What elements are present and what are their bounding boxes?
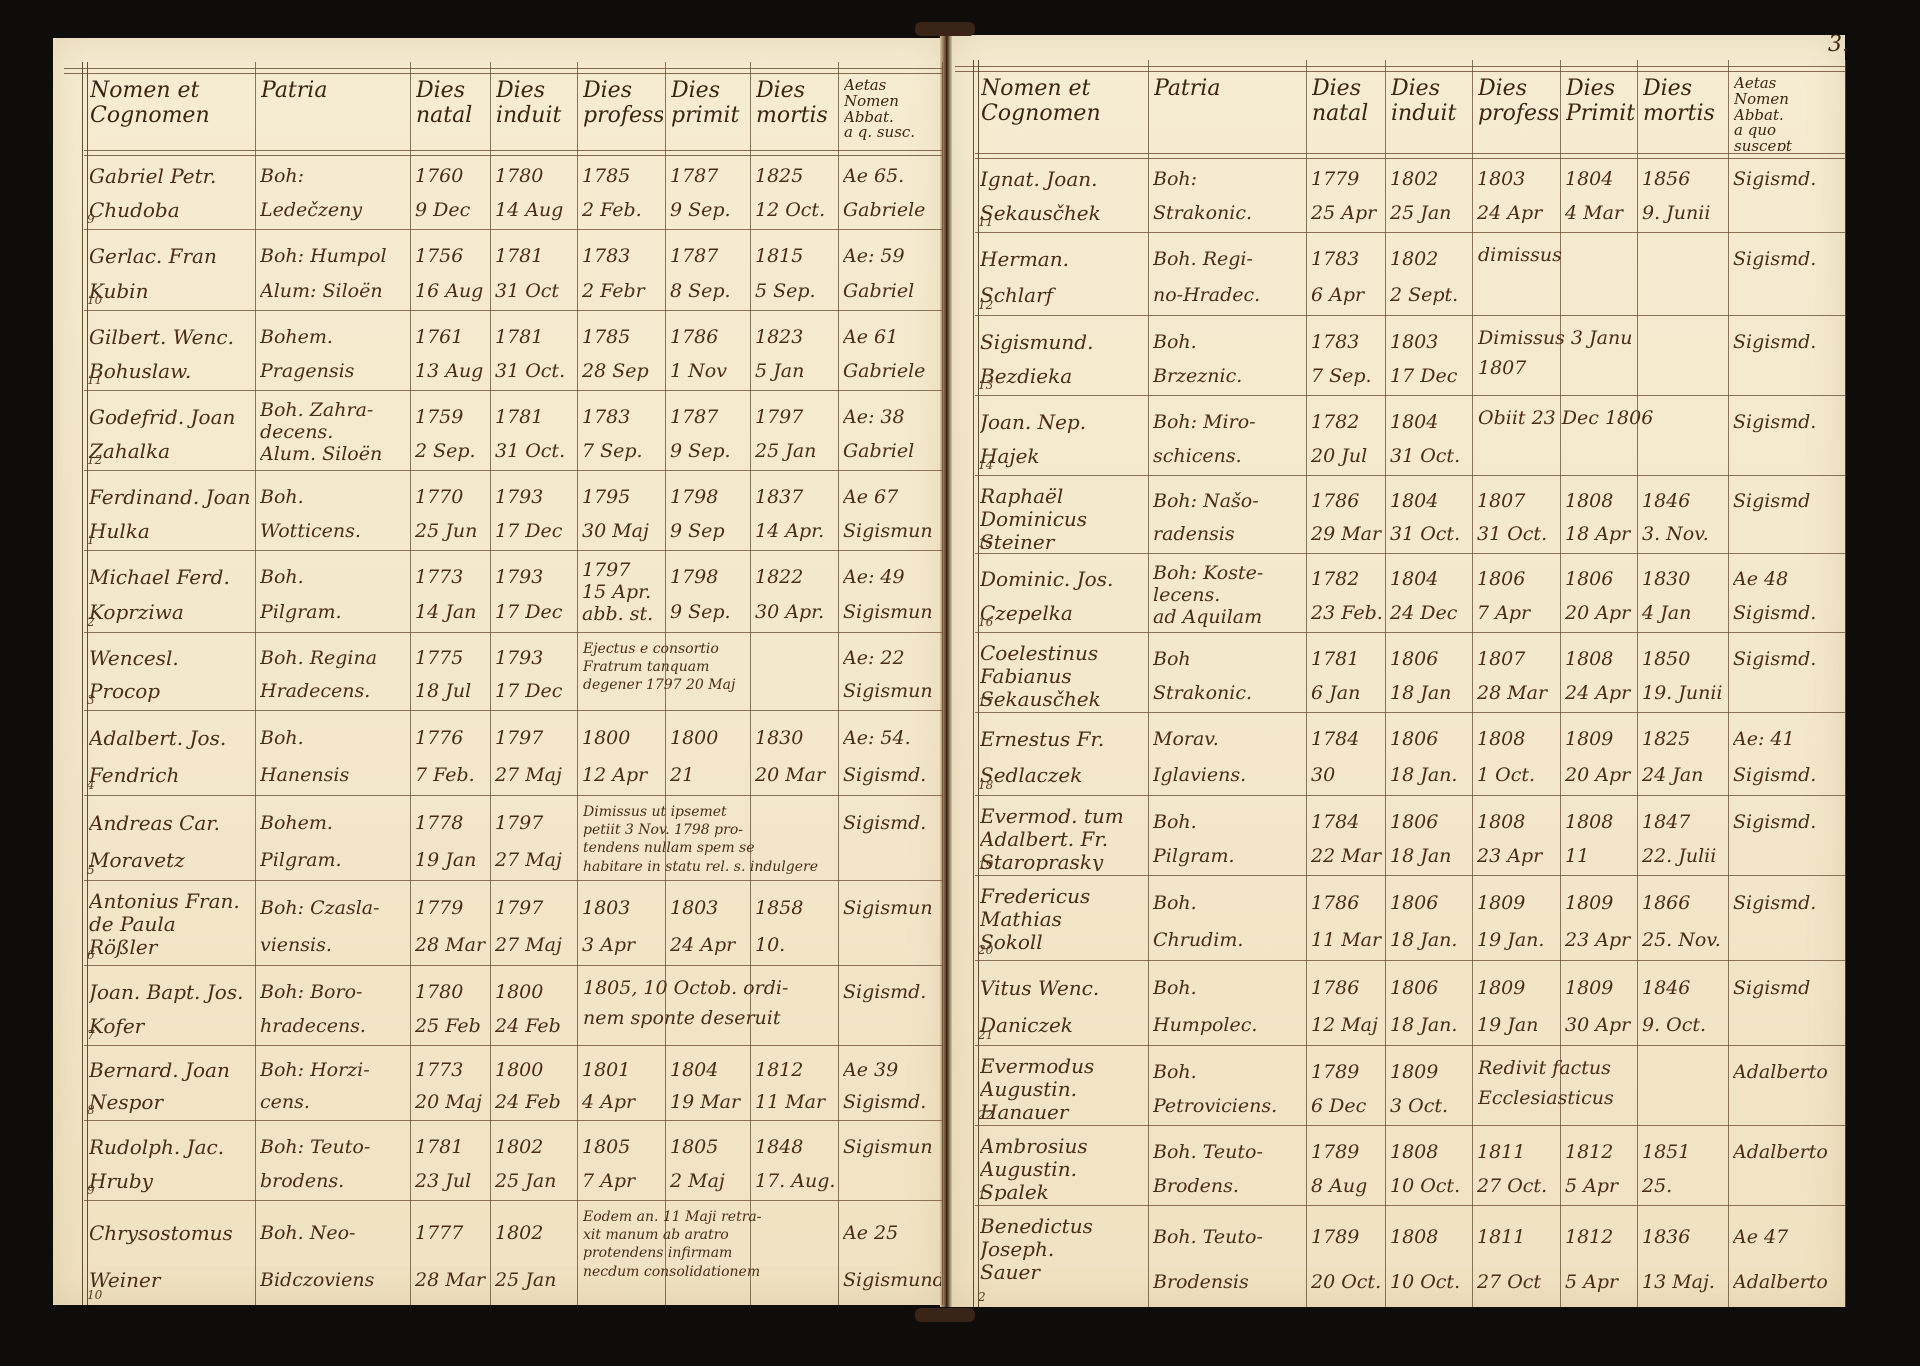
cell-mortis: 1822 30 Apr. [755,560,837,628]
cell-natal: 1786 29 Mar [1311,485,1384,549]
cell-induit: 1809 3 Oct. [1390,1055,1471,1121]
cell-induit: 1803 17 Dec [1390,325,1471,391]
cell-primit: 1808 11 Sep. [1565,805,1636,871]
cell-natal: 1783 7 Sep. [1311,325,1384,391]
cell-patria: Boh. Chrudim. [1153,885,1305,956]
cell-abbas: Ae 47 Adalberto [1733,1215,1844,1303]
margin-number: 1 [978,1188,986,1202]
cell-mortis: 1812 11 Mar [755,1055,837,1116]
cell-nomen: Coelestinus Fabianus Sekausčhek [980,642,1147,708]
margin-number: 8 [87,1103,95,1117]
cell-profess: 1803 3 Apr [582,890,664,961]
cell-nomen: Ernestus Fr. Sedlaczek [980,722,1147,791]
column-rule [82,62,88,1305]
cell-induit: 1800 24 Feb [495,1055,576,1116]
column-rule [577,62,578,1305]
cell-patria: Boh: Ledečzeny Al. Sitoëns. [260,160,409,225]
cell-mortis: 1837 14 Apr. [755,480,837,546]
cell-patria: Boh: Našo- radensis [1153,485,1305,549]
cell-primit: 1787 8 Sep. [670,239,749,306]
cell-induit: 1806 18 Jan. [1390,722,1471,791]
cell-nomen: Ferdinand. Joan Hulka [89,480,254,546]
column-rule [1728,60,1729,1307]
cell-nomen: Gabriel Petr. Chudoba [89,160,254,225]
cell-natal: 1786 12 Maj [1311,970,1384,1041]
cell-primit: 1787 9 Sep. [670,160,749,225]
row-rule [84,1120,942,1121]
cell-profess: 1783 7 Sep. [582,400,664,466]
column-header-abbas: Aetas Nomen Abbat. a q. susc. [844,78,940,148]
cell-abbas: Ae: 38 Gabriel [843,400,941,466]
cell-profess: 1803 24 Apr [1477,163,1559,228]
cell-primit: 1805 2 Maj [670,1130,749,1196]
cell-natal: 1784 22 Mar [1311,805,1384,871]
row-rule [84,310,942,311]
cell-remark-note: Obiit 23 Dec 1806 [1478,403,1724,473]
cell-abbas: Sigismd. [1733,805,1844,871]
margin-number: 12 [978,298,993,312]
column-header-primit: Dies Primit [1566,76,1635,151]
row-rule [975,475,1845,476]
cell-nomen: Godefrid. Joan Zahalka [89,400,254,466]
cell-patria: Boh. Regina Hradecens. [260,642,409,706]
cell-nomen: Evermod. tum Adalbert. Fr. Staroprasky [980,805,1147,871]
cell-abbas: Sigismd [1733,485,1844,549]
cell-nomen: Rudolph. Jac. Hruby [89,1130,254,1196]
row-rule [84,1045,942,1046]
margin-number: 5 [87,863,95,877]
cell-primit: 1800 21 Sept. [670,720,749,791]
row-rule [975,553,1845,554]
margin-number: 12 [87,453,102,467]
cell-patria: Bohem. Pilgram. [260,805,409,876]
cell-induit: 1780 14 Aug [495,160,576,225]
cell-mortis: 1825 24 Jan [1642,722,1727,791]
column-header-profess: Dies profess [1478,76,1558,151]
margin-number: 13 [978,378,993,392]
cell-patria: Boh. Humpolec. [1153,970,1305,1041]
row-rule [975,795,1845,796]
cell-abbas: Sigismd. [843,975,941,1041]
row-rule [975,1045,1845,1046]
binding-thread-top [915,22,975,36]
column-header-patria: Patria [261,78,408,148]
cell-mortis: 1848 17. Aug. [755,1130,837,1196]
cell-natal: 1784 30 Sept. [1311,722,1384,791]
margin-number: 11 [978,215,993,229]
cell-natal: 1780 25 Feb [415,975,489,1041]
row-rule [84,470,942,471]
row-rule [84,632,942,633]
cell-mortis: 1830 20 Mar [755,720,837,791]
column-header-natal: Dies natal [416,78,488,148]
margin-number: 10 [87,293,102,307]
margin-number: 22 [978,1108,993,1122]
cell-nomen: Adalbert. Jos. Fendrich [89,720,254,791]
cell-nomen: Joan. Nep. Hajek [980,405,1147,471]
cell-abbas: Sigismd. [1733,325,1844,391]
column-header-primit: Dies primit [671,78,748,148]
margin-number: 9 [87,212,95,226]
cell-induit: 1806 18 Jan. [1390,885,1471,956]
row-rule [975,1125,1845,1126]
cell-profess: 1811 27 Oct [1477,1215,1559,1303]
cell-patria: Morav. Iglaviens. [1153,722,1305,791]
margin-number: 20 [978,943,993,957]
column-header-patria: Patria [1154,76,1304,151]
cell-induit: 1802 25 Jan [495,1130,576,1196]
cell-natal: 1789 20 Oct. [1311,1215,1384,1303]
cell-induit: 1781 31 Oct [495,239,576,306]
cell-induit: 1804 31 Oct. [1390,485,1471,549]
margin-number: 15 [978,536,993,550]
cell-profess: 1795 30 Maj [582,480,664,546]
row-rule [84,1200,942,1201]
cell-profess: 1800 12 Apr [582,720,664,791]
cell-profess: 1809 19 Jan. [1477,885,1559,956]
cell-abbas: Sigismd. [1733,642,1844,708]
cell-induit: 1802 2 Sept. [1390,242,1471,311]
cell-profess: 1808 23 Apr [1477,805,1559,871]
cell-profess: 1807 31 Oct. [1477,485,1559,549]
cell-induit: 1797 27 Maj [495,805,576,876]
cell-nomen: Benedictus Joseph. Sauer [980,1215,1147,1303]
row-rule [975,960,1845,961]
margin-number: 19 [978,858,993,872]
column-rule [490,62,491,1305]
cell-profess: 1806 7 Apr [1477,563,1559,628]
cell-abbas: Ae 48 Sigismd. [1733,563,1844,628]
cell-mortis: 1815 5 Sep. [755,239,837,306]
cell-patria: Boh. Zahra- decens. Alum. Siloën [260,400,409,466]
page-number: 3. [1828,32,1849,57]
cell-mortis: 1846 3. Nov. [1642,485,1727,549]
margin-number: 6 [87,948,95,962]
cell-remark-note: Ejectus e consortio Fratrum tanquam dege… [583,640,834,708]
cell-induit: 1804 31 Oct. [1390,405,1471,471]
cell-abbas: Sigismd [1733,970,1844,1041]
column-rule [255,62,256,1305]
cell-primit: 1786 1 Nov [670,320,749,386]
cell-induit: 1793 17 Dec [495,560,576,628]
cell-natal: 1789 8 Aug [1311,1135,1384,1201]
column-header-nomen: Nomen et Cognomen [90,78,253,148]
cell-induit: 1806 18 Jan [1390,805,1471,871]
cell-nomen: Fredericus Mathias Sokoll [980,885,1147,956]
cell-abbas: Sigismd. [1733,163,1844,228]
cell-primit: 1798 9 Sep [670,480,749,546]
cell-natal: 1777 28 Mar [415,1210,489,1301]
cell-natal: 1781 6 Jan [1311,642,1384,708]
cell-patria: Boh. Neo- Bidczoviens [260,1210,409,1301]
cell-nomen: Sigismund. Bezdieka [980,325,1147,391]
column-header-natal: Dies natal [1312,76,1383,151]
margin-number: 2 [87,615,95,629]
cell-mortis: 1847 22. Julii [1642,805,1727,871]
cell-abbas: Ae: 22 Sigismun [843,642,941,706]
cell-primit: 1787 9 Sep. [670,400,749,466]
cell-mortis: 1851 25. Sept. [1642,1135,1727,1201]
column-rule [838,62,839,1305]
cell-natal: 1756 16 Aug [415,239,489,306]
cell-profess: 1807 28 Mar [1477,642,1559,708]
row-rule [84,550,942,551]
cell-profess: 1785 28 Sep [582,320,664,386]
cell-primit: 1812 5 Apr [1565,1215,1636,1303]
cell-primit: 1809 23 Apr [1565,885,1636,956]
header-bottom-rule [84,150,942,156]
cell-induit: 1808 10 Oct. [1390,1135,1471,1201]
cell-natal: 1770 25 Jun [415,480,489,546]
row-rule [84,229,942,230]
cell-mortis: 1850 19. Junii [1642,642,1727,708]
margin-number: 10 [87,1288,102,1302]
cell-natal: 1773 14 Jan [415,560,489,628]
cell-mortis: 1856 9. Junii [1642,163,1727,228]
cell-primit: 1806 20 Apr [1565,563,1636,628]
column-header-profess: Dies profess [583,78,663,148]
cell-nomen: Bernard. Joan Nespor [89,1055,254,1116]
margin-number: 21 [978,1028,993,1042]
cell-induit: 1802 25 Jan [495,1210,576,1301]
column-rule [1845,60,1846,1307]
cell-nomen: Chrysostomus Weiner [89,1210,254,1301]
cell-natal: 1760 9 Dec [415,160,489,225]
cell-induit: 1808 10 Oct. [1390,1215,1471,1303]
cell-natal: 1789 6 Dec [1311,1055,1384,1121]
margin-number: 1 [87,533,95,547]
cell-abbas: Ae 39 Sigismd. [843,1055,941,1116]
cell-remark-note: Dimissus ut ipsemet petiit 3 Nov. 1798 p… [583,803,834,878]
cell-induit: 1781 31 Oct. [495,400,576,466]
cell-induit: 1797 27 Maj [495,720,576,791]
cell-nomen: Herman. Schlarf [980,242,1147,311]
cell-patria: Boh: Boro- hradecens. [260,975,409,1041]
cell-nomen: Antonius Fran. de Paula Rößler [89,890,254,961]
cell-primit: 1804 19 Mar [670,1055,749,1116]
margin-number: 3 [87,693,95,707]
cell-nomen: Evermodus Augustin. Hanauer [980,1055,1147,1121]
cell-mortis: 1836 13 Maj. [1642,1215,1727,1303]
margin-number: 18 [978,778,993,792]
column-header-induit: Dies induit [496,78,575,148]
margin-number: 2 [978,1290,986,1304]
cell-primit: 1804 4 Mar [1565,163,1636,228]
cell-primit: 1808 18 Apr [1565,485,1636,549]
cell-mortis: 1797 25 Jan [755,400,837,466]
cell-patria: Boh: Horzi- cens. [260,1055,409,1116]
cell-profess: 1801 4 Apr [582,1055,664,1116]
row-rule [975,315,1845,316]
cell-patria: Boh: Teuto- brodens. [260,1130,409,1196]
header-bottom-rule [975,153,1845,159]
cell-mortis: 1825 12 Oct. [755,160,837,225]
column-header-nomen: Nomen et Cognomen [981,76,1146,151]
cell-induit: 1781 31 Oct. [495,320,576,386]
row-rule [84,880,942,881]
cell-patria: Boh: Czasla- viensis. [260,890,409,961]
column-header-abbas: Aetas Nomen Abbat. a quo suscept [1734,76,1843,151]
binding-thread-bottom [915,1308,975,1322]
cell-nomen: Dominic. Jos. Czepelka [980,563,1147,628]
cell-nomen: Gilbert. Wenc. Bohuslaw. [89,320,254,386]
column-rule [1472,60,1473,1307]
cell-natal: 1781 23 Jul [415,1130,489,1196]
cell-natal: 1773 20 Maj [415,1055,489,1116]
cell-nomen: Michael Ferd. Koprziwa [89,560,254,628]
cell-patria: Boh: Humpol Alum: Siloën [260,239,409,306]
row-rule [975,712,1845,713]
cell-abbas: Sigismd. [843,805,941,876]
column-rule [410,62,411,1305]
cell-patria: Boh. Pilgram. [260,560,409,628]
cell-mortis: 1866 25. Nov. [1642,885,1727,956]
cell-abbas: Ae 67 Sigismun [843,480,941,546]
row-rule [975,232,1845,233]
cell-remark-note: Redivit factus Ecclesiasticus [1478,1053,1724,1123]
margin-number: 9 [87,1183,95,1197]
cell-nomen: Ignat. Joan. Sekausčhek [980,163,1147,228]
cell-mortis: 1846 9. Oct. [1642,970,1727,1041]
cell-patria: Boh. Petroviciens. [1153,1055,1305,1121]
cell-induit: 1802 25 Jan [1390,163,1471,228]
cell-natal: 1782 23 Feb. [1311,563,1384,628]
cell-remark-note: dimissus [1478,240,1724,313]
cell-patria: Boh. Teuto- Brodensis [1153,1215,1305,1303]
cell-natal: 1782 20 Jul [1311,405,1384,471]
header-top-rule [64,68,942,74]
cell-primit: 1809 30 Apr [1565,970,1636,1041]
cell-natal: 1759 2 Sep. [415,400,489,466]
margin-number: 7 [87,1028,95,1042]
cell-profess: 1808 1 Oct. [1477,722,1559,791]
cell-induit: 1806 18 Jan. [1390,970,1471,1041]
cell-profess: 1785 2 Feb. [582,160,664,225]
cell-nomen: Vitus Wenc. Daniczek [980,970,1147,1041]
cell-primit: 1809 20 Apr [1565,722,1636,791]
cell-natal: 1776 7 Feb. [415,720,489,791]
column-header-mortis: Dies mortis [756,78,836,148]
cell-profess: 1809 19 Jan [1477,970,1559,1041]
cell-natal: 1779 28 Mar [415,890,489,961]
cell-profess: 1797 15 Apr. abb. st. [582,560,664,628]
cell-abbas: Ae 61 Gabriele [843,320,941,386]
cell-profess: 1811 27 Oct. [1477,1135,1559,1201]
cell-abbas: Sigismd. [1733,405,1844,471]
cell-mortis: 1858 10. Sept. [755,890,837,961]
cell-nomen: Gerlac. Fran Kubin [89,239,254,306]
cell-profess: 1783 2 Febr [582,239,664,306]
margin-number: 17 [978,695,993,709]
cell-abbas: Ae: 41 Sigismd. [1733,722,1844,791]
cell-abbas: Sigismd. [1733,885,1844,956]
row-rule [84,390,942,391]
row-rule [975,1205,1845,1206]
cell-primit: 1808 24 Apr [1565,642,1636,708]
cell-natal: 1783 6 Apr [1311,242,1384,311]
cell-patria: Boh: Strakonic. [1153,163,1305,228]
header-top-rule [955,66,1845,72]
column-rule [942,62,943,1305]
cell-patria: Bohem. Pragensis [260,320,409,386]
row-rule [84,710,942,711]
cell-abbas: Sigismun [843,1130,941,1196]
cell-primit: 1798 9 Sep. [670,560,749,628]
margin-number: 4 [87,778,95,792]
cell-abbas: Ae 25 Sigismund. [843,1210,941,1301]
cell-nomen: Ambrosius Augustin. Spalek [980,1135,1147,1201]
cell-induit: 1797 27 Maj [495,890,576,961]
cell-natal: 1778 19 Jan [415,805,489,876]
column-rule [1306,60,1307,1307]
cell-patria: Boh Strakonic. [1153,642,1305,708]
cell-nomen: Wencesl. Procop Hlesčot. [89,642,254,706]
row-rule [975,875,1845,876]
cell-abbas: Sigismun [843,890,941,961]
cell-abbas: Ae: 59 Gabriel [843,239,941,306]
cell-patria: Boh. Wotticens. [260,480,409,546]
cell-abbas: Adalberto [1733,1055,1844,1121]
cell-induit: 1804 24 Dec [1390,563,1471,628]
cell-natal: 1786 11 Mar [1311,885,1384,956]
cell-induit: 1793 17 Dec [495,480,576,546]
cell-nomen: Joan. Bapt. Jos. Kofer [89,975,254,1041]
cell-patria: Boh. Regi- no-Hradec. [1153,242,1305,311]
cell-patria: Boh. Hanensis [260,720,409,791]
cell-nomen: Raphaël Dominicus Steiner [980,485,1147,549]
cell-patria: Boh. Pilgram. [1153,805,1305,871]
cell-nomen: Andreas Car. Moravetz [89,805,254,876]
cell-remark-note: Dimissus 3 Janu 1807 [1478,323,1724,393]
cell-profess: 1805 7 Apr [582,1130,664,1196]
cell-abbas: Ae: 49 Sigismun [843,560,941,628]
cell-patria: Boh. Brzeznic. [1153,325,1305,391]
cell-natal: 1761 13 Aug [415,320,489,386]
cell-abbas: Adalberto [1733,1135,1844,1201]
cell-patria: Boh: Miro- schicens. [1153,405,1305,471]
row-rule [84,795,942,796]
cell-abbas: Sigismd. [1733,242,1844,311]
cell-remark-note: Eodem an. 11 Maji retra- xit manum ab ar… [583,1208,834,1303]
cell-primit: 1812 5 Apr [1565,1135,1636,1201]
cell-patria: Boh: Koste- lecens. ad Aquilam [1153,563,1305,628]
cell-primit: 1803 24 Apr [670,890,749,961]
column-rule [1148,60,1149,1307]
cell-remark-note: 1805, 10 Octob. ordi- nem sponte deserui… [583,973,834,1043]
row-rule [975,395,1845,396]
margin-number: 11 [87,373,102,387]
cell-abbas: Ae: 54. Sigismd. [843,720,941,791]
column-rule [1385,60,1386,1307]
margin-number: 14 [978,458,993,472]
cell-induit: 1806 18 Jan [1390,642,1471,708]
column-header-mortis: Dies mortis [1643,76,1726,151]
cell-mortis: 1823 5 Jan [755,320,837,386]
cell-patria: Boh. Teuto- Brodens. [1153,1135,1305,1201]
row-rule [84,965,942,966]
row-rule [975,632,1845,633]
cell-natal: 1775 18 Jul [415,642,489,706]
margin-number: 16 [978,615,993,629]
cell-abbas: Ae 65. Gabriele [843,160,941,225]
cell-natal: 1779 25 Apr [1311,163,1384,228]
cell-induit: 1793 17 Dec [495,642,576,706]
column-header-induit: Dies induit [1391,76,1470,151]
cell-mortis: 1830 4 Jan [1642,563,1727,628]
cell-induit: 1800 24 Feb [495,975,576,1041]
